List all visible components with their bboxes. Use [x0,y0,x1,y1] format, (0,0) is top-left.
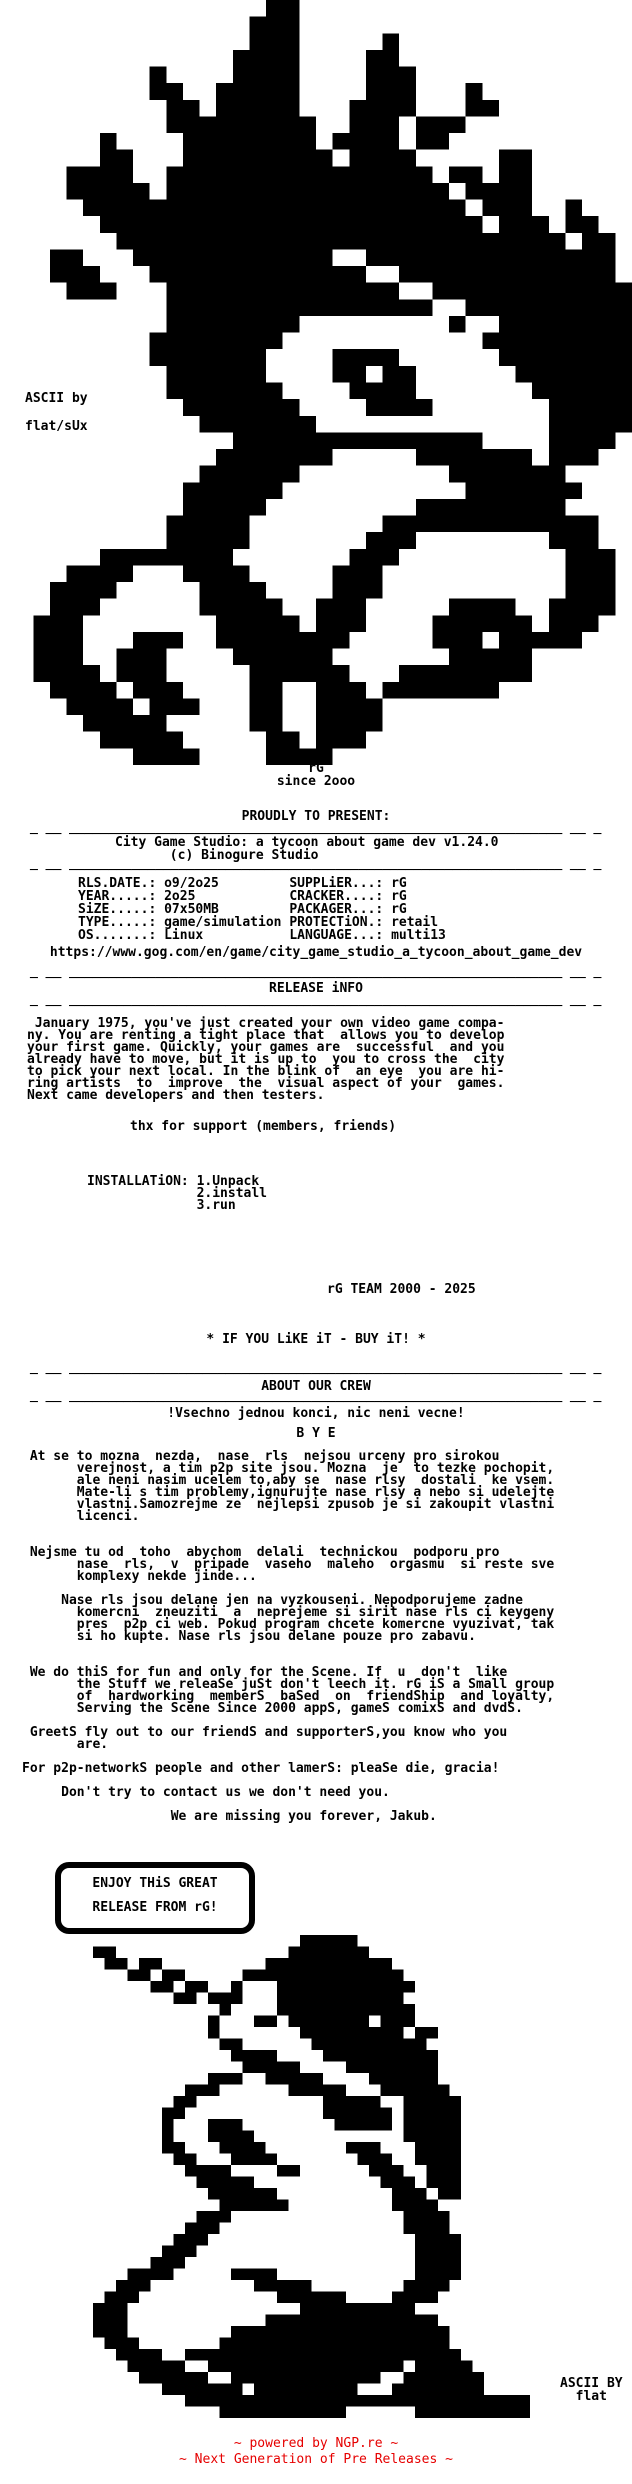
proudly-to-present: PROUDLY TO PRESENT: [0,809,632,824]
thanks-line: thx for support (members, friends) [130,1119,396,1134]
group-since: since 2ooo [0,774,632,789]
bubble-line-2: RELEASE FROM rG! [61,1896,249,1920]
footer-powered-by: ~ powered by NGP.re ~ [0,2436,632,2451]
speech-bubble: ENJOY THiS GREAT RELEASE FROM rG! [55,1862,255,1934]
section-divider: ─ ── ───────────────────────────────────… [30,866,601,876]
release-details-table: RLS.DATE.: o9/2o25 SUPPLiER...: rG YEAR.… [78,877,446,942]
release-info-heading: RELEASE iNFO [0,981,632,996]
dragon-logo-art [0,0,632,765]
ascii-credit-artist: flat/sUx [25,419,88,434]
buy-it-line: * IF YOU LiKE iT - BUY iT! * [0,1332,632,1347]
store-url: https://www.gog.com/en/game/city_game_st… [0,945,632,960]
section-divider: ─ ── ───────────────────────────────────… [30,1002,601,1012]
team-years: rG TEAM 2000 - 2025 [327,1282,476,1297]
bottom-ascii-credit: ASCII BY flat [560,2377,623,2403]
about-crew-heading: ABOUT OUR CREW [0,1379,632,1394]
game-title-block: City Game Studio: a tycoon about game de… [115,836,499,862]
ascii-credit-label: ASCII by [25,391,88,406]
release-notes: January 1975, you've just created your o… [27,1018,504,1102]
woman-ascii-art [70,1935,553,2418]
nfo-document: ASCII by flat/sUx rG since 2ooo PROUDLY … [0,0,632,2484]
bye-line: B Y E [0,1426,632,1441]
bubble-line-1: ENJOY THiS GREAT [61,1872,249,1896]
crew-motto: !Vsechno jednou konci, nic neni vecne! [0,1406,632,1421]
footer-ngp-tagline: ~ Next Generation of Pre Releases ~ [0,2452,632,2467]
crew-text: At se to mozna nezda, nase rls nejsou ur… [22,1451,554,1823]
installation-steps: INSTALLATiON: 1.Unpack 2.install 3.run [87,1176,267,1212]
